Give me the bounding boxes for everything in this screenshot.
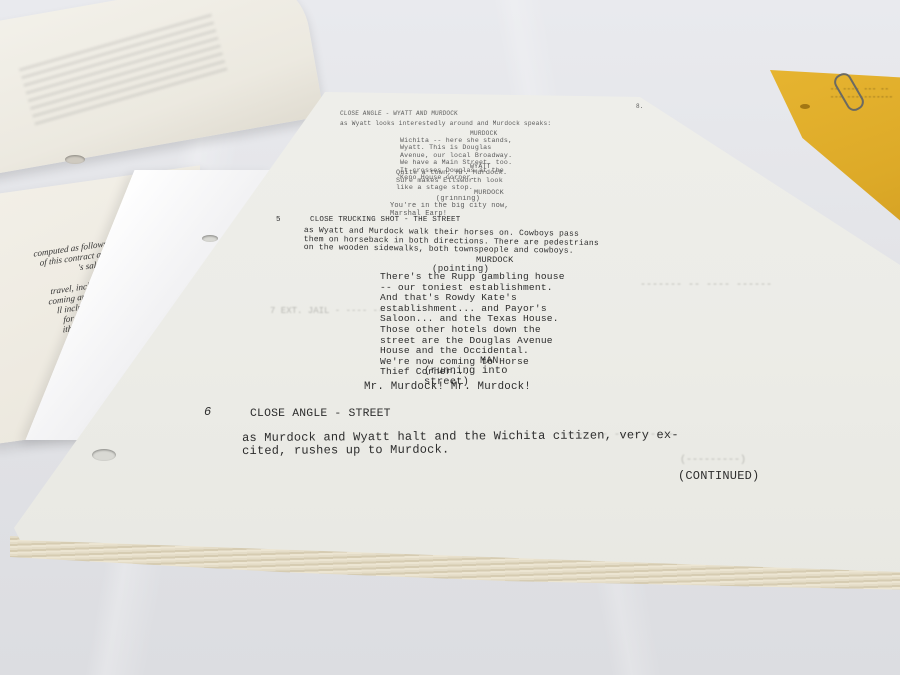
text-line: Those other hotels down the — [380, 325, 565, 336]
scene-heading: CLOSE ANGLE - WYATT AND MURDOCK — [340, 110, 458, 117]
text-line: Wichita -- here she stands, — [400, 137, 512, 144]
dialogue-line: Mr. Murdock! Mr. Murdock! — [364, 381, 531, 393]
text-line: (running into — [424, 366, 508, 377]
bleed-through-text: ------- -- ---- ------ — [640, 280, 772, 292]
photo-scene: computed as follows:of this contract and… — [0, 0, 900, 675]
scene-action: as Wyatt and Murdock walk their horses o… — [304, 227, 599, 257]
scene-action: as Murdock and Wyatt halt and the Wichit… — [242, 429, 679, 458]
scene-heading: CLOSE TRUCKING SHOT - THE STREET — [310, 216, 460, 224]
text-line: Avenue, our local Broadway. — [400, 152, 512, 159]
scene-action: as Wyatt looks interestedly around and M… — [340, 120, 551, 127]
character-name: MURDOCK — [470, 130, 497, 137]
text-line: We have a Main Street, too. — [400, 159, 512, 166]
dialogue-block: There's the Rupp gambling house-- our to… — [380, 272, 565, 378]
punch-hole — [92, 449, 116, 461]
screenplay-stack: ------- -- ---- ------ 7 EXT. JAIL - ---… — [0, 0, 900, 675]
scene-number: 6 — [204, 405, 211, 419]
page-number: 8. — [636, 103, 644, 110]
continued-marker: (CONTINUED) — [678, 469, 759, 483]
bleed-through-text: (---------) — [680, 455, 746, 467]
scene-heading: CLOSE ANGLE - STREET — [250, 408, 391, 420]
punch-hole — [202, 235, 218, 242]
text-line: There's the Rupp gambling house — [380, 272, 565, 283]
scene-number: 5 — [276, 216, 281, 224]
text-line: Wyatt. This is Douglas — [400, 144, 512, 151]
